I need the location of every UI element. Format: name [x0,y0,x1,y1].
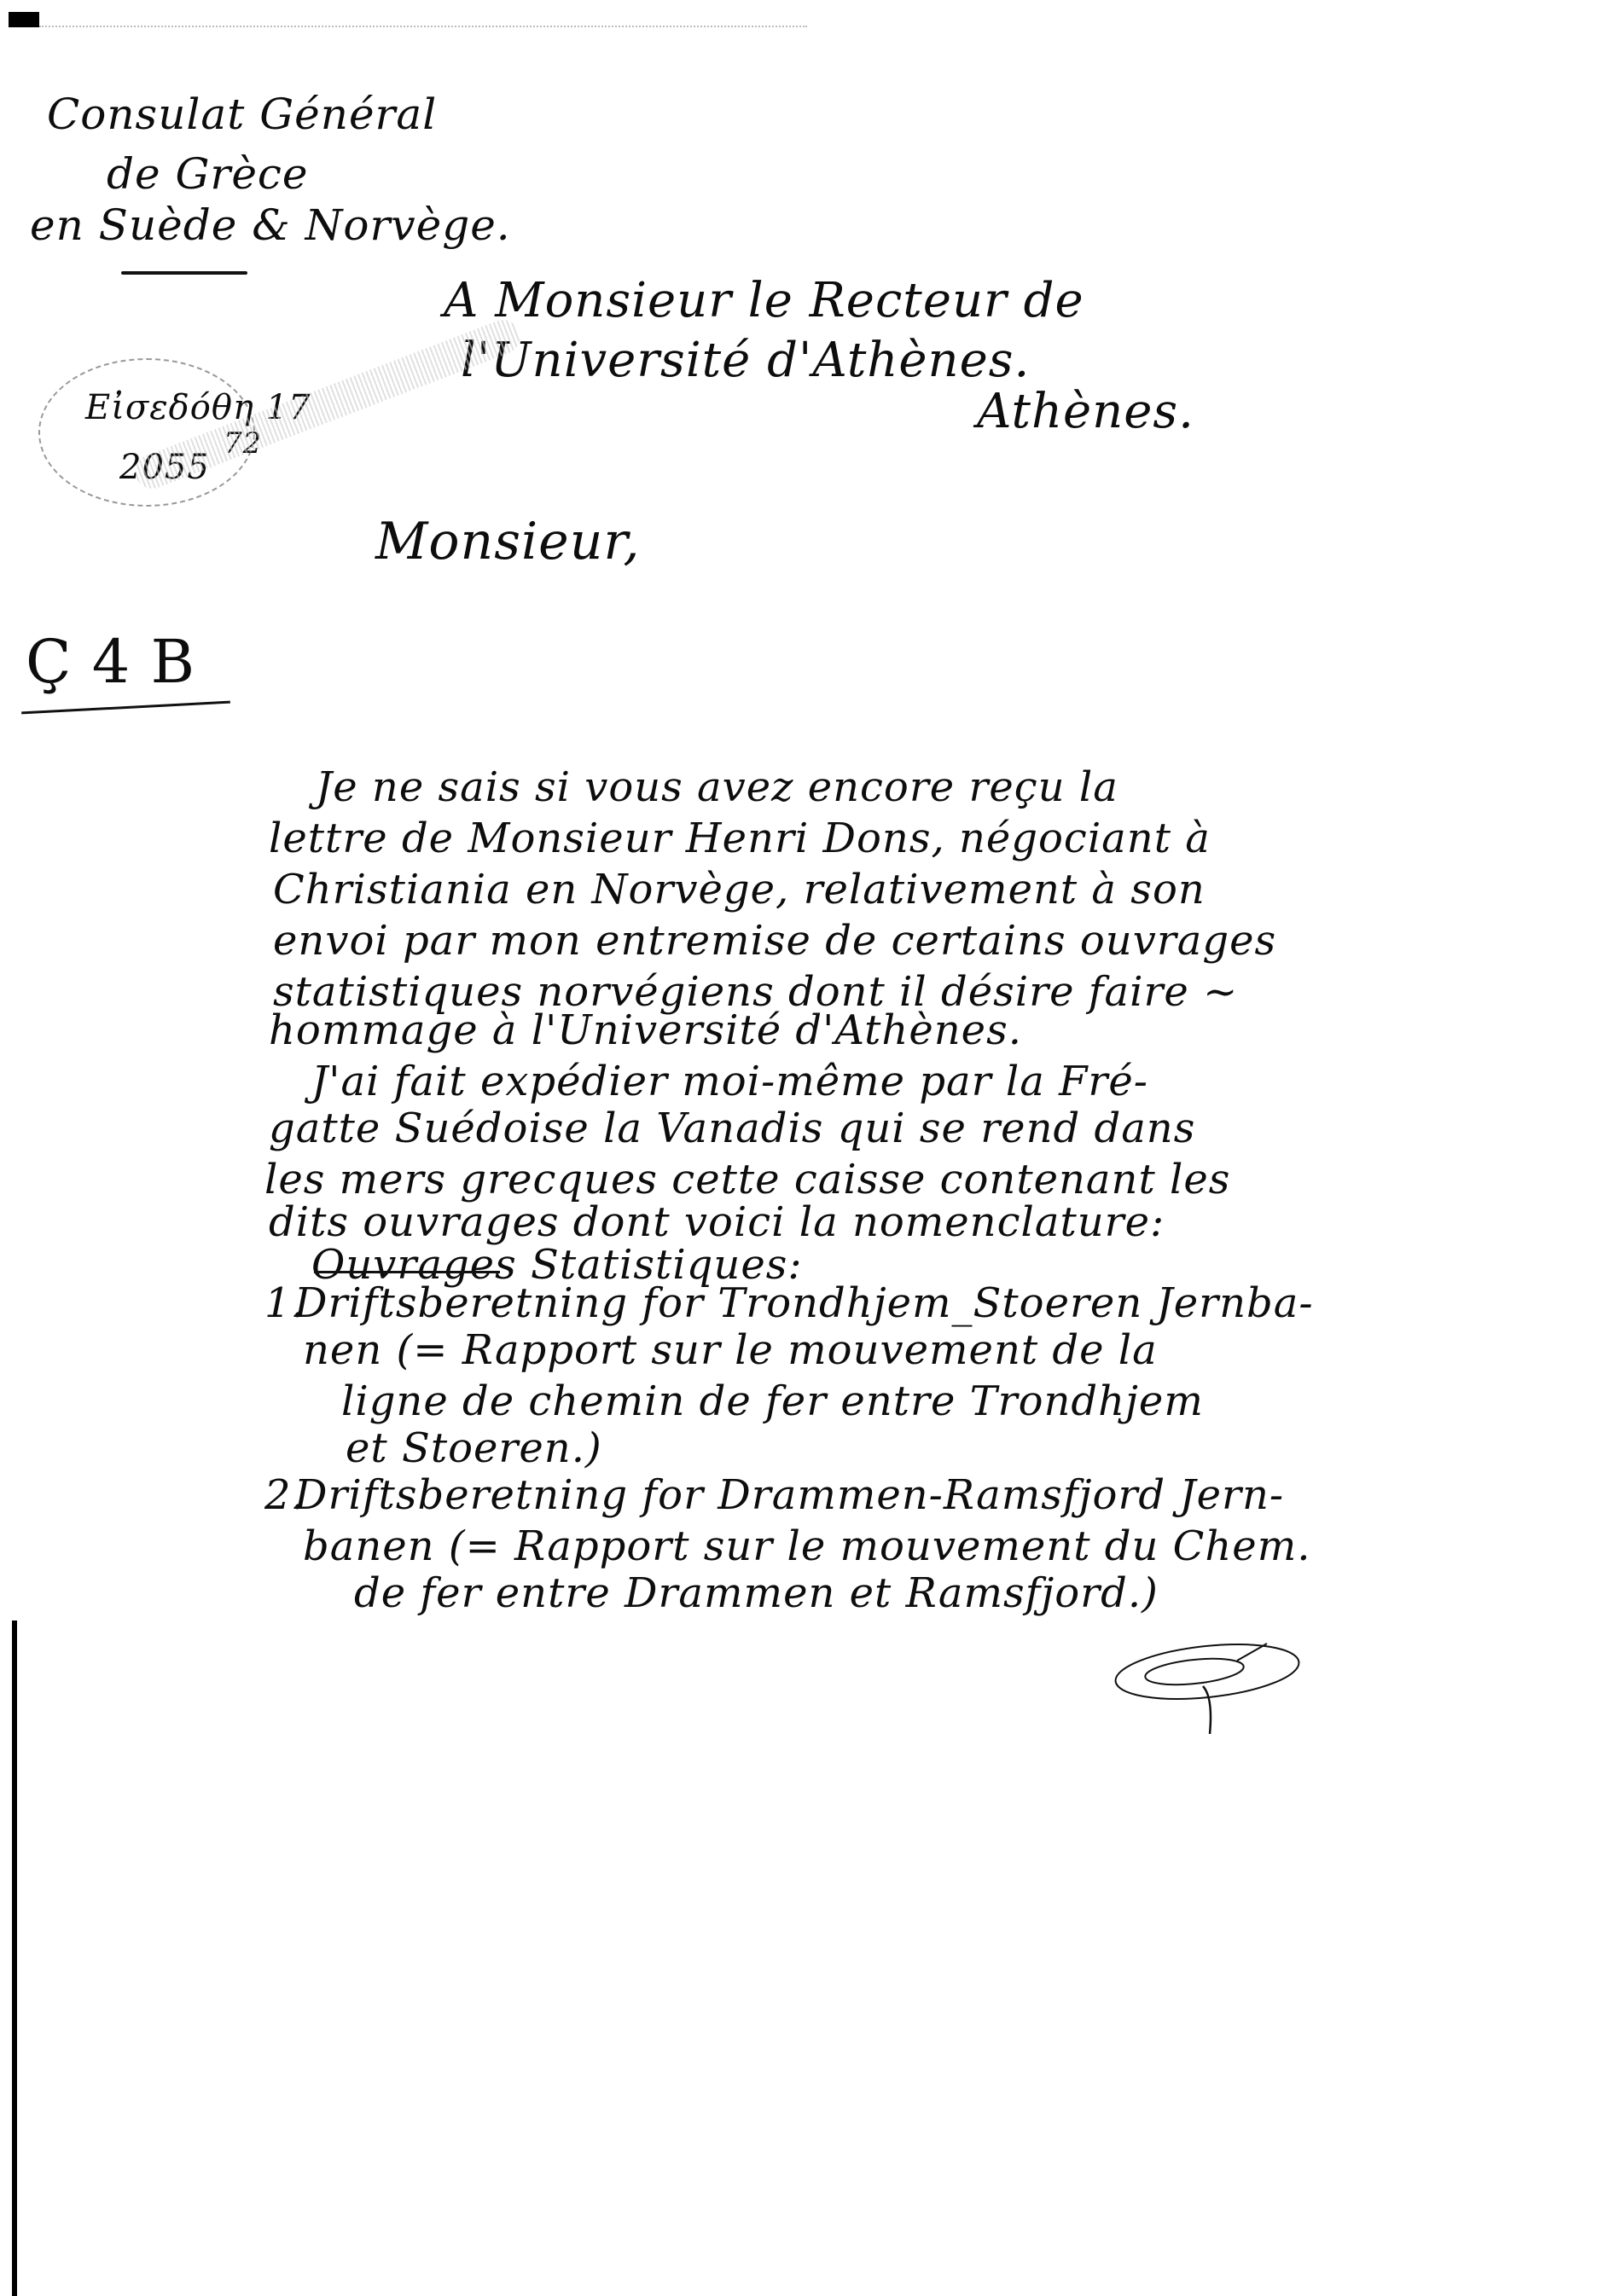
body-line: les mers grecques cette caisse contenant… [264,1156,1230,1203]
signature-paraph-icon [1109,1633,1314,1744]
body-line: lettre de Monsieur Henri Dons, négociant… [269,815,1211,862]
body-line: Christiania en Norvège, relativement à s… [273,866,1206,913]
letterhead-line-1: Consulat Général [47,90,437,139]
reference-mark: Ç 4 B [26,627,195,697]
list-heading-underline [314,1271,500,1273]
list-item-line: ligne de chemin de fer entre Trondhjem [341,1377,1204,1425]
body-line: gatte Suédoise la Vanadis qui se rend da… [269,1105,1195,1152]
addressee-line-1: A Monsieur le Recteur de [444,273,1084,328]
list-item-line: Driftsberetning for Drammen-Ramsfjord Je… [294,1471,1284,1519]
list-item-line: nen (= Rapport sur le mouvement de la [303,1326,1158,1374]
list-item-line: de fer entre Drammen et Ramsfjord.) [354,1569,1159,1617]
body-line: J'ai fait expédier moi-même par la Fré- [311,1058,1148,1105]
body-line: hommage à l'Université d'Athènes. [269,1006,1022,1054]
body-line: dits ouvrages dont voici la nomenclature… [269,1198,1165,1246]
addressee-line-2: l'Université d'Athènes. [461,333,1030,388]
body-line: Je ne sais si vous avez encore reçu la [316,763,1118,811]
scan-margin-mark [9,12,39,27]
body-line: envoi par mon entremise de certains ouvr… [273,917,1276,965]
salutation: Monsieur, [375,512,641,571]
reference-underline [21,701,230,715]
list-item-line: banen (= Rapport sur le mouvement du Che… [303,1522,1310,1570]
letterhead-divider [121,271,247,275]
scan-left-edge [12,1621,17,2296]
list-item-line: Driftsberetning for Trondhjem_Stoeren Je… [294,1279,1314,1327]
letterhead-line-3: en Suède & Norvège. [30,200,511,250]
scan-edge-line [39,26,807,28]
list-item-line: et Stoeren.) [346,1424,602,1472]
letterhead-line-2: de Grèce [107,149,309,199]
addressee-city: Athènes. [977,384,1194,439]
